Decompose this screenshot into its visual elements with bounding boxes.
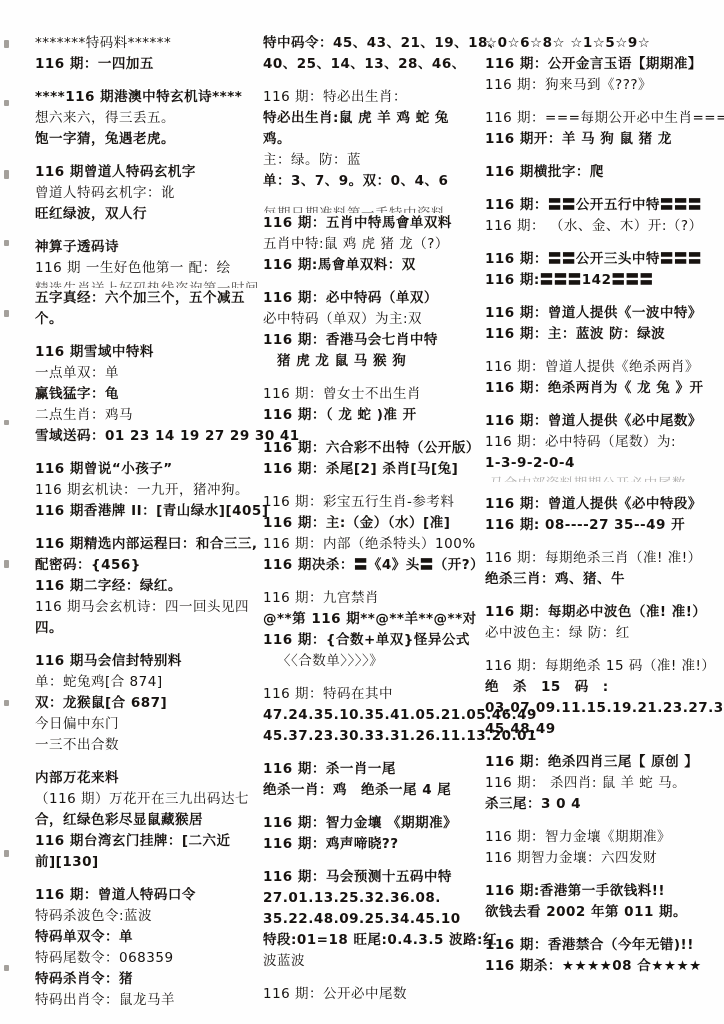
text-line: 神算子透码诗 [35, 237, 257, 258]
text-line: 五字真经：六个加三个，五个减五 [35, 288, 257, 309]
tip-sheet-page: *******特码料******116 期：一四加五****116 期港澳中特玄… [0, 0, 724, 1024]
text-line: 116 期：智力金壤《期期准》 [485, 827, 721, 848]
text-line: 116 期：必中特码（尾数）为: [485, 432, 721, 453]
text-block: 116 期：必中特码（单双）必中特码（单双）为主:双116 期：香港马会七肖中特… [263, 288, 483, 372]
text-line: 47.24.35.10.35.41.05.21.05.46.49 [263, 705, 483, 726]
text-line: 116 期：〓〓公开五行中特〓〓〓 [485, 195, 721, 216]
text-line: 116 期台湾玄门挂牌：[二六近 [35, 831, 257, 852]
text-line: 35.22.48.09.25.34.45.10 [263, 909, 483, 930]
text-block: 116 期：智力金壤 《期期准》116 期：鸡声啼晓?? [263, 813, 483, 855]
text-line: 116 期智力金壤：六四发财 [485, 848, 721, 869]
text-line: 27.01.13.25.32.36.08. [263, 888, 483, 909]
text-block: 116 期：九宫禁肖@**第 116 期**@**羊**@**对116 期：{合… [263, 588, 483, 672]
text-block: 116 期：六合彩不出特（公开版）116 期：杀尾[2] 杀肖[马[兔] [263, 438, 483, 480]
text-line: 116 期马会玄机诗：四一回头见四 [35, 597, 257, 618]
column-right: ☆0☆6☆8☆ ☆1☆5☆9☆116 期：公开金言玉语【期期准】116 期：狗来… [485, 33, 721, 989]
text-line: 116 期：主：蓝波 防：绿波 [485, 324, 721, 345]
text-line: 116 期决杀：〓《4》头〓（开?） [263, 555, 483, 576]
text-line: 116 期：狗来马到《???》 [485, 75, 721, 96]
text-line: 116 期横批字：爬 [485, 162, 721, 183]
text-line: 116 期：曾道人特码口令 [35, 885, 257, 906]
text-block: ☆0☆6☆8☆ ☆1☆5☆9☆116 期：公开金言玉语【期期准】116 期：狗来… [485, 33, 721, 96]
text-line: 116 期：特码在其中 [263, 684, 483, 705]
text-line: 特码出肖令：鼠龙马羊 [35, 990, 257, 1011]
text-line: 特码单双令：单 [35, 927, 257, 948]
text-line: 双：龙猴鼠[合 687] [35, 693, 257, 714]
text-block: 116 期：〓〓公开三头中特〓〓〓116 期:〓〓〓142〓〓〓 [485, 249, 721, 291]
text-line: 配密码：{456} [35, 555, 257, 576]
text-block: 116 期：杀一肖一尾绝杀一肖：鸡 绝杀一尾 4 尾 [263, 759, 483, 801]
text-line: 必中特码（单双）为主:双 [263, 309, 483, 330]
text-line: 主：绿。防：蓝 [263, 150, 483, 171]
text-line: 特段:01=18 旺尾:0.4.3.5 波路:红 [263, 930, 483, 951]
text-line: 116 期：每期绝杀三肖（准! 准!） [485, 548, 721, 569]
text-block: 116 期精选内部运程曰：和合三三,配密码：{456}116 期二字经：绿红。1… [35, 534, 257, 639]
text-line: 前][130] [35, 852, 257, 873]
text-line: 饱一字猜，兔遇老虎。 [35, 129, 257, 150]
text-line: 猪 虎 龙 鼠 马 猴 狗 [263, 351, 483, 372]
text-block: 116 期：曾女士不出生肖116 期：（ 龙 蛇 )准 开 [263, 384, 483, 426]
text-block: 116 期：智力金壤《期期准》116 期智力金壤：六四发财 [485, 827, 721, 869]
text-line: 二点生肖：鸡马 [35, 405, 257, 426]
scan-artifact [4, 700, 9, 706]
text-block: 116 期：〓〓公开五行中特〓〓〓116 期： （水、金、木）开:（?） [485, 195, 721, 237]
text-line: 116 期：曾女士不出生肖 [263, 384, 483, 405]
text-line: 116 期雪域中特料 [35, 342, 257, 363]
text-line: 116 期：绝杀两肖为《 龙 兔 》开 [485, 378, 721, 399]
text-line: 波蓝波 [263, 951, 483, 972]
text-line: 四。 [35, 618, 257, 639]
text-line: 116 期曾道人特码玄机字 [35, 162, 257, 183]
text-block: 116 期：曾道人提供《一波中特》116 期：主：蓝波 防：绿波 [485, 303, 721, 345]
text-line: 116 期：〓〓公开三头中特〓〓〓 [485, 249, 721, 270]
text-line: 116 期:香港第一手欲钱料!! [485, 881, 721, 902]
text-line: 116 期：必中特码（单双） [263, 288, 483, 309]
text-line: 116 期曾说“小孩子” [35, 459, 257, 480]
scan-artifact [4, 170, 9, 179]
text-line: 116 期：每期绝杀 15 码（准! 准!） [485, 656, 721, 677]
text-line: ☆0☆6☆8☆ ☆1☆5☆9☆ [485, 33, 721, 54]
scan-artifact [4, 850, 9, 857]
text-block: 116 期：曾道人特码口令特码杀波色令:蓝波特码单双令：单特码尾数令：06835… [35, 885, 257, 1011]
text-block: 116 期:香港第一手欲钱料!!欲钱去看 2002 年第 011 期。 [485, 881, 721, 923]
text-line: 116 期：曾道人提供《必中特段》 [485, 494, 721, 515]
column-middle: 特中码令：45、43、21、19、18、40、25、14、13、28、46、11… [263, 33, 483, 1017]
text-line: 绝杀一肖：鸡 绝杀一尾 4 尾 [263, 780, 483, 801]
text-line: 单：3、7、9。双：0、4、6 [263, 171, 483, 192]
text-line: 曾道人特码玄机字：讹 [35, 183, 257, 204]
text-line: *******特码料****** [35, 33, 257, 54]
text-line: 绝杀三肖：鸡、猪、牛 [485, 569, 721, 590]
text-line: 绝 杀 15 码 : [485, 677, 721, 698]
text-line: 116 期：===每期公开必中生肖=== [485, 108, 721, 129]
text-block: 116 期：马会预测十五码中特27.01.13.25.32.36.08.35.2… [263, 867, 483, 972]
text-block: 116 期：每期绝杀三肖（准! 准!）绝杀三肖：鸡、猪、牛 [485, 548, 721, 590]
text-line: 一三不出合数 [35, 735, 257, 756]
text-line: 116 期：绝杀四肖三尾【 原创 】 [485, 752, 721, 773]
text-line: 116 期：智力金壤 《期期准》 [263, 813, 483, 834]
text-line: 单：蛇兔鸡[合 874] [35, 672, 257, 693]
text-line: 116 期：曾道人提供《必中尾数》 [485, 411, 721, 432]
column-left: *******特码料******116 期：一四加五****116 期港澳中特玄… [35, 33, 257, 1023]
text-line: 特码尾数令：068359 [35, 948, 257, 969]
text-block: 116 期：曾道人提供《必中特段》116 期: 08----27 35--49 … [485, 494, 721, 536]
text-line: 五肖中特:鼠 鸡 虎 猪 龙（?） [263, 234, 483, 255]
text-block: 116 期曾说“小孩子”116 期玄机诀：一九开，猪冲狗。116 期香港牌 II… [35, 459, 257, 522]
text-line: 116 期：一四加五 [35, 54, 257, 75]
text-line: 116 期：曾道人提供《一波中特》 [485, 303, 721, 324]
text-line: 特码杀波色令:蓝波 [35, 906, 257, 927]
text-line: 40、25、14、13、28、46、 [263, 54, 483, 75]
text-block: 116 期：===每期公开必中生肖===116 期开：羊 马 狗 鼠 猪 龙 [485, 108, 721, 150]
text-block: 116 期雪域中特料一点单双：单赢钱猛字：龟二点生肖：鸡马雪域送码：01 23 … [35, 342, 257, 447]
text-line: 116 期：香港马会七肖中特 [263, 330, 483, 351]
text-block: *******特码料******116 期：一四加五 [35, 33, 257, 75]
text-line: 116 期：公开必中尾数 [263, 984, 483, 1005]
text-line: 116 期:〓〓〓142〓〓〓 [485, 270, 721, 291]
text-block: 116 期：公开必中尾数 [263, 984, 483, 1005]
scan-artifact [4, 420, 9, 425]
text-line: 〈〈合数单〉〉〉〉》 [263, 651, 483, 672]
text-line: 特必出生肖:鼠 虎 羊 鸡 蛇 兔 [263, 108, 483, 129]
text-block: ****116 期港澳中特玄机诗****想六来六，得三丢五。饱一字猜，兔遇老虎。 [35, 87, 257, 150]
text-line: 116 期：马会预测十五码中特 [263, 867, 483, 888]
text-block: 神算子透码诗116 期 一生好色他第一 配：绘精选生肖送上好码热线咨询第一时间五… [35, 237, 257, 330]
text-line: 116 期：香港禁合（今年无错)!! [485, 935, 721, 956]
text-line: 116 期：彩宝五行生肖-参考料 [263, 492, 483, 513]
scan-artifact [4, 40, 9, 48]
text-line: 雪域送码：01 23 14 19 27 29 30 41 [35, 426, 257, 447]
text-line: 116 期杀：★★★★08 合★★★★ [485, 956, 721, 977]
text-line: 个。 [35, 309, 257, 330]
scan-artifact [4, 240, 9, 246]
text-block: 116 期：特必出生肖：特必出生肖:鼠 虎 羊 鸡 蛇 兔鸡。主：绿。防：蓝单：… [263, 87, 483, 192]
text-line: 45.48.49 [485, 719, 721, 740]
text-line: 116 期：（ 龙 蛇 )准 开 [263, 405, 483, 426]
text-line: 116 期：九宫禁肖 [263, 588, 483, 609]
scan-artifact [4, 100, 9, 106]
text-line: 特中码令：45、43、21、19、18、 [263, 33, 483, 54]
text-line: 116 期：杀一肖一尾 [263, 759, 483, 780]
text-line: 116 期：六合彩不出特（公开版） [263, 438, 483, 459]
text-line: （116 期）万花开在三九出码达七 [35, 789, 257, 810]
text-line: 116 期：曾道人提供《绝杀两肖》 [485, 357, 721, 378]
text-block: 116 期：特码在其中47.24.35.10.35.41.05.21.05.46… [263, 684, 483, 747]
text-line: 鸡。 [263, 129, 483, 150]
text-block: 116 期：每期绝杀 15 码（准! 准!）绝 杀 15 码 :03.07.09… [485, 656, 721, 740]
clipped-text-line: 每期日期准料第一手特中资料------ [263, 204, 483, 213]
text-line: 内部万花来料 [35, 768, 257, 789]
text-line: 今日偏中东门 [35, 714, 257, 735]
text-block: 内部万花来料（116 期）万花开在三九出码达七合，红绿色彩尽显鼠藏猴居116 期… [35, 768, 257, 873]
text-line: 合，红绿色彩尽显鼠藏猴居 [35, 810, 257, 831]
text-line: 116 期 一生好色他第一 配：绘 [35, 258, 257, 279]
clipped-text-line: ·马会内部资料期期公开必中尾数· [485, 474, 721, 482]
text-line: ****116 期港澳中特玄机诗**** [35, 87, 257, 108]
text-line: 116 期开：羊 马 狗 鼠 猪 龙 [485, 129, 721, 150]
text-line: 一点单双：单 [35, 363, 257, 384]
text-line: 特码杀肖令：猪 [35, 969, 257, 990]
text-line: 116 期:馬會单双料：双 [263, 255, 483, 276]
text-line: 116 期二字经：绿红。 [35, 576, 257, 597]
text-line: 116 期精选内部运程曰：和合三三, [35, 534, 257, 555]
text-line: 1-3-9-2-0-4 [485, 453, 721, 474]
scan-artifact [4, 310, 9, 317]
text-line: 116 期：内部（绝杀特头）100% [263, 534, 483, 555]
text-line: 杀三尾：3 0 4 [485, 794, 721, 815]
text-block: 116 期：曾道人提供《绝杀两肖》116 期：绝杀两肖为《 龙 兔 》开 [485, 357, 721, 399]
text-line: 想六来六，得三丢五。 [35, 108, 257, 129]
scan-artifact [4, 965, 9, 971]
text-block: 116 期：曾道人提供《必中尾数》116 期：必中特码（尾数）为:1-3-9-2… [485, 411, 721, 482]
text-line: 116 期： 杀四肖: 鼠 羊 蛇 马。 [485, 773, 721, 794]
scan-artifact [4, 560, 9, 568]
text-line: 116 期：杀尾[2] 杀肖[马[兔] [263, 459, 483, 480]
text-block: 116 期：绝杀四肖三尾【 原创 】116 期： 杀四肖: 鼠 羊 蛇 马。杀三… [485, 752, 721, 815]
text-block: 116 期：香港禁合（今年无错)!!116 期杀：★★★★08 合★★★★ [485, 935, 721, 977]
text-block: 116 期：彩宝五行生肖-参考料116 期：主:（金）（水）[准]116 期：内… [263, 492, 483, 576]
text-line: 116 期马会信封特别料 [35, 651, 257, 672]
text-block: 116 期曾道人特码玄机字曾道人特码玄机字：讹旺红绿波，双人行 [35, 162, 257, 225]
text-line: 116 期：五肖中特馬會单双料 [263, 213, 483, 234]
clipped-text-line: 精选生肖送上好码热线咨询第一时间 [35, 279, 257, 288]
text-block: 每期日期准料第一手特中资料------116 期：五肖中特馬會单双料五肖中特:鼠… [263, 204, 483, 276]
text-block: 116 期马会信封特别料单：蛇兔鸡[合 874]双：龙猴鼠[合 687]今日偏中… [35, 651, 257, 756]
text-block: 116 期：每期必中波色（准! 准!）必中波色主：绿 防：红 [485, 602, 721, 644]
text-line: 116 期: 08----27 35--49 开 [485, 515, 721, 536]
text-line: 116 期：{合数+单双}怪异公式 [263, 630, 483, 651]
text-line: 116 期玄机诀：一九开，猪冲狗。 [35, 480, 257, 501]
text-line: 必中波色主：绿 防：红 [485, 623, 721, 644]
text-line: 116 期香港牌 II：[青山绿水][405] [35, 501, 257, 522]
text-line: 欲钱去看 2002 年第 011 期。 [485, 902, 721, 923]
text-line: 赢钱猛字：龟 [35, 384, 257, 405]
text-line: 旺红绿波，双人行 [35, 204, 257, 225]
text-line: 03.07.09.11.15.19.21.23.27.31.39.43. [485, 698, 721, 719]
text-block: 116 期横批字：爬 [485, 162, 721, 183]
text-line: 116 期：特必出生肖： [263, 87, 483, 108]
text-line: 116 期：每期必中波色（准! 准!） [485, 602, 721, 623]
text-line: 116 期：主:（金）（水）[准] [263, 513, 483, 534]
text-line: 45.37.23.30.33.31.26.11.13.20.01 [263, 726, 483, 747]
text-line: 116 期： （水、金、木）开:（?） [485, 216, 721, 237]
text-line: 116 期：公开金言玉语【期期准】 [485, 54, 721, 75]
text-line: 116 期：鸡声啼晓?? [263, 834, 483, 855]
text-line: @**第 116 期**@**羊**@**对 [263, 609, 483, 630]
text-block: 特中码令：45、43、21、19、18、40、25、14、13、28、46、 [263, 33, 483, 75]
